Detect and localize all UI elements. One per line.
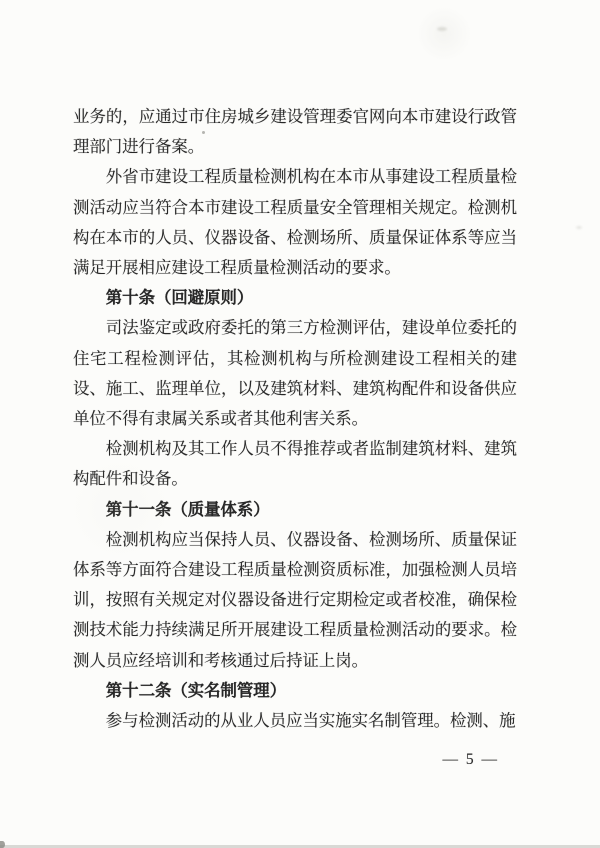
heading-article-11-quality-system: 第十一条（质量体系） xyxy=(73,495,517,525)
document-body: 业务的，应通过市住房城乡建设管理委官网向本市建设行政管理部门进行备案。 外省市建… xyxy=(73,102,517,736)
page-number: — 5 — xyxy=(443,751,500,769)
scan-corner-blot xyxy=(0,841,5,848)
scan-smudge-top xyxy=(437,27,447,31)
para-filing-continuation: 业务的，应通过市住房城乡建设管理委官网向本市建设行政管理部门进行备案。 xyxy=(73,102,517,162)
para-article-11-quality-requirements: 检测机构应当保持人员、仪器设备、检测场所、质量保证体系等方面符合建设工程质量检测… xyxy=(73,525,517,676)
scanned-document-page: 业务的，应通过市住房城乡建设管理委官网向本市建设行政管理部门进行备案。 外省市建… xyxy=(0,0,600,848)
scan-smudge-right xyxy=(576,226,582,229)
heading-article-10-recusal: 第十条（回避原则） xyxy=(73,283,517,313)
scan-speckle xyxy=(202,131,205,134)
para-article-12-real-name-management: 参与检测活动的从业人员应当实施实名制管理。检测、施 xyxy=(73,706,517,736)
para-article-10-no-endorsement: 检测机构及其工作人员不得推荐或者监制建筑材料、建筑构配件和设备。 xyxy=(73,434,517,494)
para-article-10-conflict-of-interest: 司法鉴定或政府委托的第三方检测评估，建设单位委托的住宅工程检测评估，其检测机构与… xyxy=(73,313,517,434)
para-out-of-town-agencies: 外省市建设工程质量检测机构在本市从事建设工程质量检测活动应当符合本市建设工程质量… xyxy=(73,162,517,283)
heading-article-12-real-name: 第十二条（实名制管理） xyxy=(73,676,517,706)
